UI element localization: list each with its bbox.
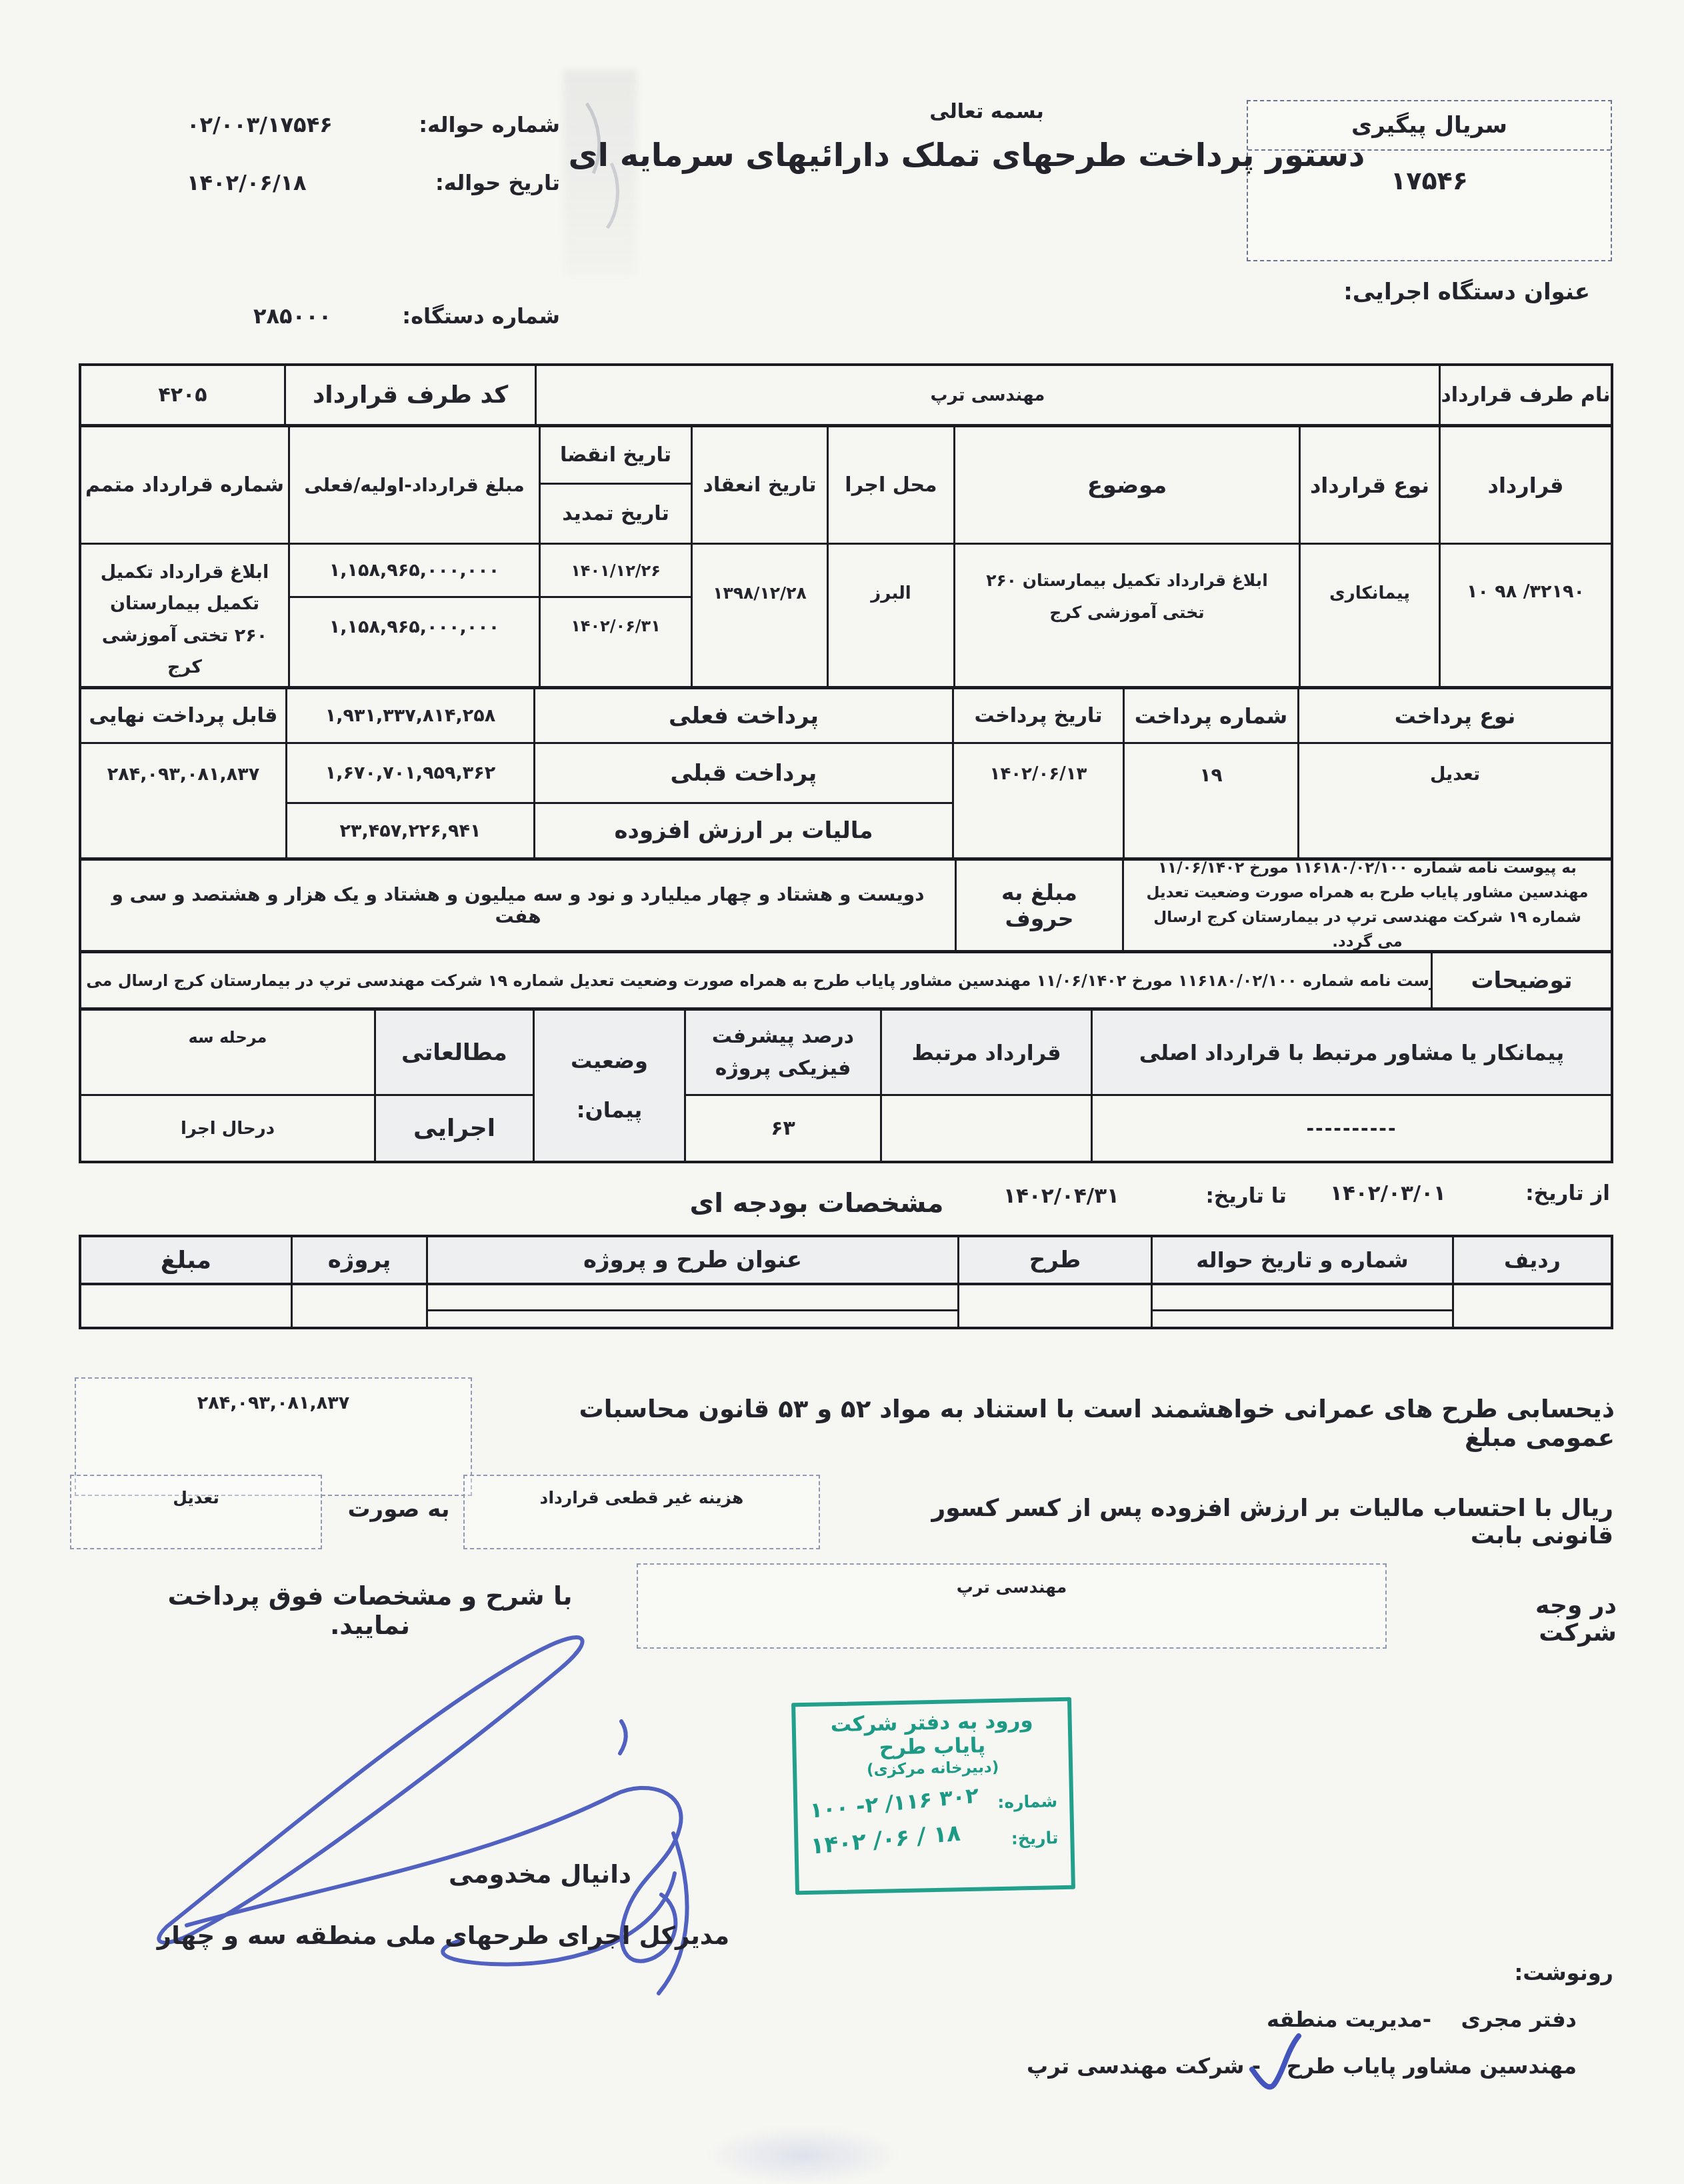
budget-col-row: ردیف xyxy=(1452,1237,1611,1327)
col-location: محل اجرا البرز xyxy=(827,427,953,686)
supplement-value: ابلاغ قرارداد تکمیل تکمیل بیمارستان ۲۶۰ … xyxy=(81,545,288,686)
location-value: البرز xyxy=(829,545,953,686)
final-amount-box-value: ۲۸۴,۰۹۳,۰۸۱,۸۳۷ xyxy=(76,1379,471,1427)
order-line2: ریال با احتساب مالیات بر ارزش افزوده پس … xyxy=(863,1495,1613,1549)
budget-havaleh-header: شماره و تاریخ حواله xyxy=(1153,1237,1452,1285)
col-progress: درصد پیشرفت فیزیکی پروژه ۶۳ xyxy=(684,1011,880,1161)
expense-type-box: هزینه غیر قطعی قرارداد xyxy=(463,1475,820,1549)
col-amount: مبلغ قرارداد-اولیه/فعلی ۱,۱۵۸,۹۶۵,۰۰۰,۰۰… xyxy=(288,427,539,686)
copies-line1: دفتر مجری -مدیریت منطقه xyxy=(1267,2007,1577,2032)
budget-plan-title-cell xyxy=(428,1285,957,1327)
amount-initial-value: ۱,۱۵۸,۹۶۵,۰۰۰,۰۰۰ xyxy=(290,545,539,598)
sign-date-value: ۱۳۹۸/۱۲/۲۸ xyxy=(693,545,827,686)
col-related-party: پیمانکار یا مشاور مرتبط با قرارداد اصلی … xyxy=(1091,1011,1611,1161)
expense-type-value: هزینه غیر قطعی قرارداد xyxy=(465,1476,819,1519)
budget-plan-cell xyxy=(959,1285,1151,1327)
stamp-date-label: تاریخ: xyxy=(1011,1828,1058,1848)
previous-payment-value: ۱,۶۷۰,۷۰۱,۹۵۹,۳۶۲ xyxy=(287,744,533,804)
scanned-payment-order-form: سریال پیگیری ۱۷۵۴۶ بسمه تعالی دستور پردا… xyxy=(0,0,1684,2184)
payee-label: در وجه شرکت xyxy=(1453,1592,1617,1647)
vat-label: مالیات بر ارزش افزوده xyxy=(535,804,952,857)
payment-type-header: نوع پرداخت xyxy=(1299,689,1611,744)
device-number-value: ۲۸۵۰۰۰ xyxy=(253,303,331,329)
col-expiry: تاریخ انقضا تاریخ تمدید ۱۴۰۱/۱۲/۲۶ ۱۴۰۲/… xyxy=(539,427,691,686)
previous-payment-label: پرداخت قبلی xyxy=(535,744,952,804)
budget-col-plan-title: عنوان طرح و پروژه xyxy=(426,1237,957,1327)
amount-current-value: ۱,۱۵۸,۹۶۵,۰۰۰,۰۰۰ xyxy=(290,598,539,686)
party-name-value: مهندسی ترپ xyxy=(535,366,1439,424)
scan-bleed-artifact xyxy=(707,2127,900,2184)
sign-date-header: تاریخ انعقاد xyxy=(693,427,827,545)
expiry-value: ۱۴۰۱/۱۲/۲۶ xyxy=(541,545,691,598)
contract-detail-rows: قرارداد ۱۰ ۹۸ /۳۲۱۹۰ نوع قرارداد پیمانکا… xyxy=(81,427,1611,689)
col-contract-type: نوع قرارداد پیمانکاری xyxy=(1299,427,1439,686)
to-date-label: تا تاریخ: xyxy=(1205,1184,1287,1208)
copies-line1-left: -مدیریت منطقه xyxy=(1267,2007,1431,2032)
phase-value: درحال اجرا xyxy=(81,1096,374,1161)
bismillah: بسمه تعالی xyxy=(787,100,1187,123)
progress-value: ۶۳ xyxy=(686,1096,880,1161)
from-date-label: از تاریخ: xyxy=(1525,1181,1610,1205)
budget-plan-header: طرح xyxy=(959,1237,1151,1285)
subject-header: موضوع xyxy=(955,427,1299,545)
payment-date-value: ۱۴۰۲/۰۶/۱۳ xyxy=(954,744,1123,857)
col-subject: موضوع ابلاغ قرارداد تکمیل بیمارستان ۲۶۰ … xyxy=(953,427,1299,686)
device-number-label: شماره دستگاه: xyxy=(402,303,560,329)
col-study: مطالعاتی اجرایی xyxy=(374,1011,533,1161)
pact-status-header: وضعیت پیمان: xyxy=(533,1011,684,1161)
related-party-value: ---------- xyxy=(1093,1096,1611,1161)
budget-project-header: پروژه xyxy=(293,1237,426,1285)
payment-type-value: تعدیل xyxy=(1299,744,1611,857)
supplement-header: شماره قرارداد متمم xyxy=(81,427,288,545)
checkmark-icon xyxy=(1245,2032,1304,2099)
notes-row: توضیحات به پیوست نامه شماره ۱۱۶۱۸۰/۰۲/۱۰… xyxy=(81,953,1611,1011)
col-sign-date: تاریخ انعقاد ۱۳۹۸/۱۲/۲۸ xyxy=(691,427,827,686)
col-payment-type: نوع پرداخت تعدیل xyxy=(1297,689,1611,857)
notes-value: به پیوست نامه شماره ۱۱۶۱۸۰/۰۲/۱۰۰ مورخ ۱… xyxy=(81,953,1431,1007)
payment-date-header: تاریخ پرداخت xyxy=(954,689,1123,744)
study-header: مطالعاتی xyxy=(376,1011,533,1096)
payment-no-header: شماره پرداخت xyxy=(1125,689,1297,744)
copies-line1-right: دفتر مجری xyxy=(1461,2007,1577,2032)
havaleh-date-row: تاریخ حواله: ۱۴۰۲/۰۶/۱۸ xyxy=(187,170,560,195)
col-final-payable: قابل پرداخت نهایی ۲۸۴,۰۹۳,۰۸۱,۸۳۷ xyxy=(81,689,285,857)
havaleh-number-label: شماره حواله: xyxy=(419,112,560,137)
current-payment-label: پرداخت فعلی xyxy=(535,689,952,744)
col-payment-amounts: ۱,۹۳۱,۳۳۷,۸۱۴,۲۵۸ ۱,۶۷۰,۷۰۱,۹۵۹,۳۶۲ ۲۳,۴… xyxy=(285,689,533,857)
budget-amount-header: مبلغ xyxy=(81,1237,291,1285)
stamp-number-label: شماره: xyxy=(997,1791,1057,1812)
final-payable-value: ۲۸۴,۰۹۳,۰۸۱,۸۳۷ xyxy=(81,744,285,857)
extension-header: تاریخ تمدید xyxy=(541,485,691,545)
amount-words-value: دویست و هشتاد و چهار میلیارد و نود و سه … xyxy=(81,861,955,950)
payment-no-value: ۱۹ xyxy=(1125,744,1297,857)
to-date-value: ۱۴۰۲/۰۴/۳۱ xyxy=(1003,1184,1119,1208)
col-related-contract: قرارداد مرتبط xyxy=(880,1011,1091,1161)
notes-label: توضیحات xyxy=(1431,953,1611,1007)
to-date-row: تا تاریخ: ۱۴۰۲/۰۴/۳۱ xyxy=(1003,1184,1287,1208)
signer-title: مدیرکل اجرای طرحهای ملی منطقه سه و چهار xyxy=(137,1921,750,1950)
related-contract-value xyxy=(882,1096,1091,1161)
budget-col-amount: مبلغ xyxy=(81,1237,291,1327)
contract-table: نام طرف قرارداد مهندسی ترپ کد طرف قراردا… xyxy=(79,363,1613,1163)
final-payable-header: قابل پرداخت نهایی xyxy=(81,689,285,744)
related-contract-header: قرارداد مرتبط xyxy=(882,1011,1091,1096)
havaleh-date-label: تاریخ حواله: xyxy=(435,170,560,195)
amount-header: مبلغ قرارداد-اولیه/فعلی xyxy=(290,427,539,545)
progress-header: درصد پیشرفت فیزیکی پروژه xyxy=(686,1011,880,1096)
copies-line2-left: - شرکت مهندسی ترپ xyxy=(1027,2053,1261,2079)
contract-no-header: قرارداد xyxy=(1441,427,1611,545)
status-rows: پیمانکار یا مشاور مرتبط با قرارداد اصلی … xyxy=(81,1011,1611,1161)
amount-words-label: مبلغ به حروف xyxy=(955,861,1122,950)
budget-project-cell xyxy=(293,1285,426,1327)
document-title: دستور پرداخت طرحهای تملک دارائیهای سرمای… xyxy=(507,137,1427,174)
budget-havaleh-cell xyxy=(1153,1285,1452,1327)
budget-table: ردیف شماره و تاریخ حواله طرح عنوان طرح و… xyxy=(79,1235,1613,1329)
vat-value: ۲۳,۴۵۷,۲۲۶,۹۴۱ xyxy=(287,804,533,857)
party-code-header: کد طرف قرارداد xyxy=(284,366,535,424)
col-phase: مرحله سه درحال اجرا xyxy=(81,1011,374,1161)
col-supplement: شماره قرارداد متمم ابلاغ قرارداد تکمیل ت… xyxy=(81,427,288,686)
subject-value: ابلاغ قرارداد تکمیل بیمارستان ۲۶۰ تختی آ… xyxy=(955,545,1299,686)
contract-type-value: پیمانکاری xyxy=(1301,545,1439,686)
budget-section-title: مشخصات بودجه ای xyxy=(657,1188,977,1219)
signer-name: دانیال مخدومی xyxy=(370,1860,710,1889)
phase-header: مرحله سه xyxy=(81,1011,374,1096)
havaleh-date-value: ۱۴۰۲/۰۶/۱۸ xyxy=(187,170,307,195)
amount-in-words-row: به پیوست نامه شماره ۱۱۶۱۸۰/۰۲/۱۰۰ مورخ ۱… xyxy=(81,861,1611,953)
expiry-header: تاریخ انقضا xyxy=(541,427,691,485)
agency-title-label: عنوان دستگاه اجرایی: xyxy=(1323,279,1590,305)
study-value: اجرایی xyxy=(376,1096,533,1161)
budget-row-header: ردیف xyxy=(1454,1237,1611,1285)
col-contract-no: قرارداد ۱۰ ۹۸ /۳۲۱۹۰ xyxy=(1439,427,1611,686)
havaleh-number-row: شماره حواله: ۰۲/۰۰۳/۱۷۵۴۶ xyxy=(187,112,560,137)
from-date-row: از تاریخ: ۱۴۰۲/۰۳/۰۱ xyxy=(1330,1181,1610,1205)
budget-plan-title-header: عنوان طرح و پروژه xyxy=(428,1237,957,1285)
col-payment-date: تاریخ پرداخت ۱۴۰۲/۰۶/۱۳ xyxy=(952,689,1123,857)
havaleh-number-value: ۰۲/۰۰۳/۱۷۵۴۶ xyxy=(187,112,333,137)
related-party-header: پیمانکار یا مشاور مرتبط با قرارداد اصلی xyxy=(1093,1011,1611,1096)
from-date-value: ۱۴۰۲/۰۳/۰۱ xyxy=(1330,1181,1446,1205)
col-payment-no: شماره پرداخت ۱۹ xyxy=(1123,689,1297,857)
party-code-value: ۴۲۰۵ xyxy=(81,366,284,424)
current-payment-value: ۱,۹۳۱,۳۳۷,۸۱۴,۲۵۸ xyxy=(287,689,533,744)
party-name-header: نام طرف قرارداد xyxy=(1439,366,1611,424)
tracking-serial-box: سریال پیگیری ۱۷۵۴۶ xyxy=(1247,100,1612,261)
budget-col-plan: طرح xyxy=(957,1237,1151,1327)
as-box-value: تعدیل xyxy=(71,1476,321,1519)
budget-col-project: پروژه xyxy=(291,1237,426,1327)
contract-no-value: ۱۰ ۹۸ /۳۲۱۹۰ xyxy=(1441,545,1611,686)
party-row: نام طرف قرارداد مهندسی ترپ کد طرف قراردا… xyxy=(81,366,1611,427)
col-payment-labels: پرداخت فعلی پرداخت قبلی مالیات بر ارزش ا… xyxy=(533,689,952,857)
copies-line2-right: مهندسین مشاور پایاب طرح xyxy=(1287,2053,1577,2079)
contract-type-header: نوع قرارداد xyxy=(1301,427,1439,545)
budget-amount-cell xyxy=(81,1285,291,1327)
as-box: تعدیل xyxy=(70,1475,322,1549)
order-line1: ذیحسابی طرح های عمرانی خواهشمند است با ا… xyxy=(487,1395,1615,1452)
attachment-note-inline: به پیوست نامه شماره ۱۱۶۱۸۰/۰۲/۱۰۰ مورخ ۱… xyxy=(1122,861,1611,950)
budget-row-cell xyxy=(1454,1285,1611,1327)
extension-value: ۱۴۰۲/۰۶/۳۱ xyxy=(541,598,691,686)
budget-col-havaleh: شماره و تاریخ حواله xyxy=(1151,1237,1452,1327)
payment-rows: نوع پرداخت تعدیل شماره پرداخت ۱۹ تاریخ پ… xyxy=(81,689,1611,861)
budget-grid: ردیف شماره و تاریخ حواله طرح عنوان طرح و… xyxy=(81,1237,1611,1327)
location-header: محل اجرا xyxy=(829,427,953,545)
as-label: به صورت xyxy=(345,1496,452,1523)
device-number-row: شماره دستگاه: ۲۸۵۰۰۰ xyxy=(253,303,560,329)
copies-label: رونوشت: xyxy=(1480,1960,1613,1985)
